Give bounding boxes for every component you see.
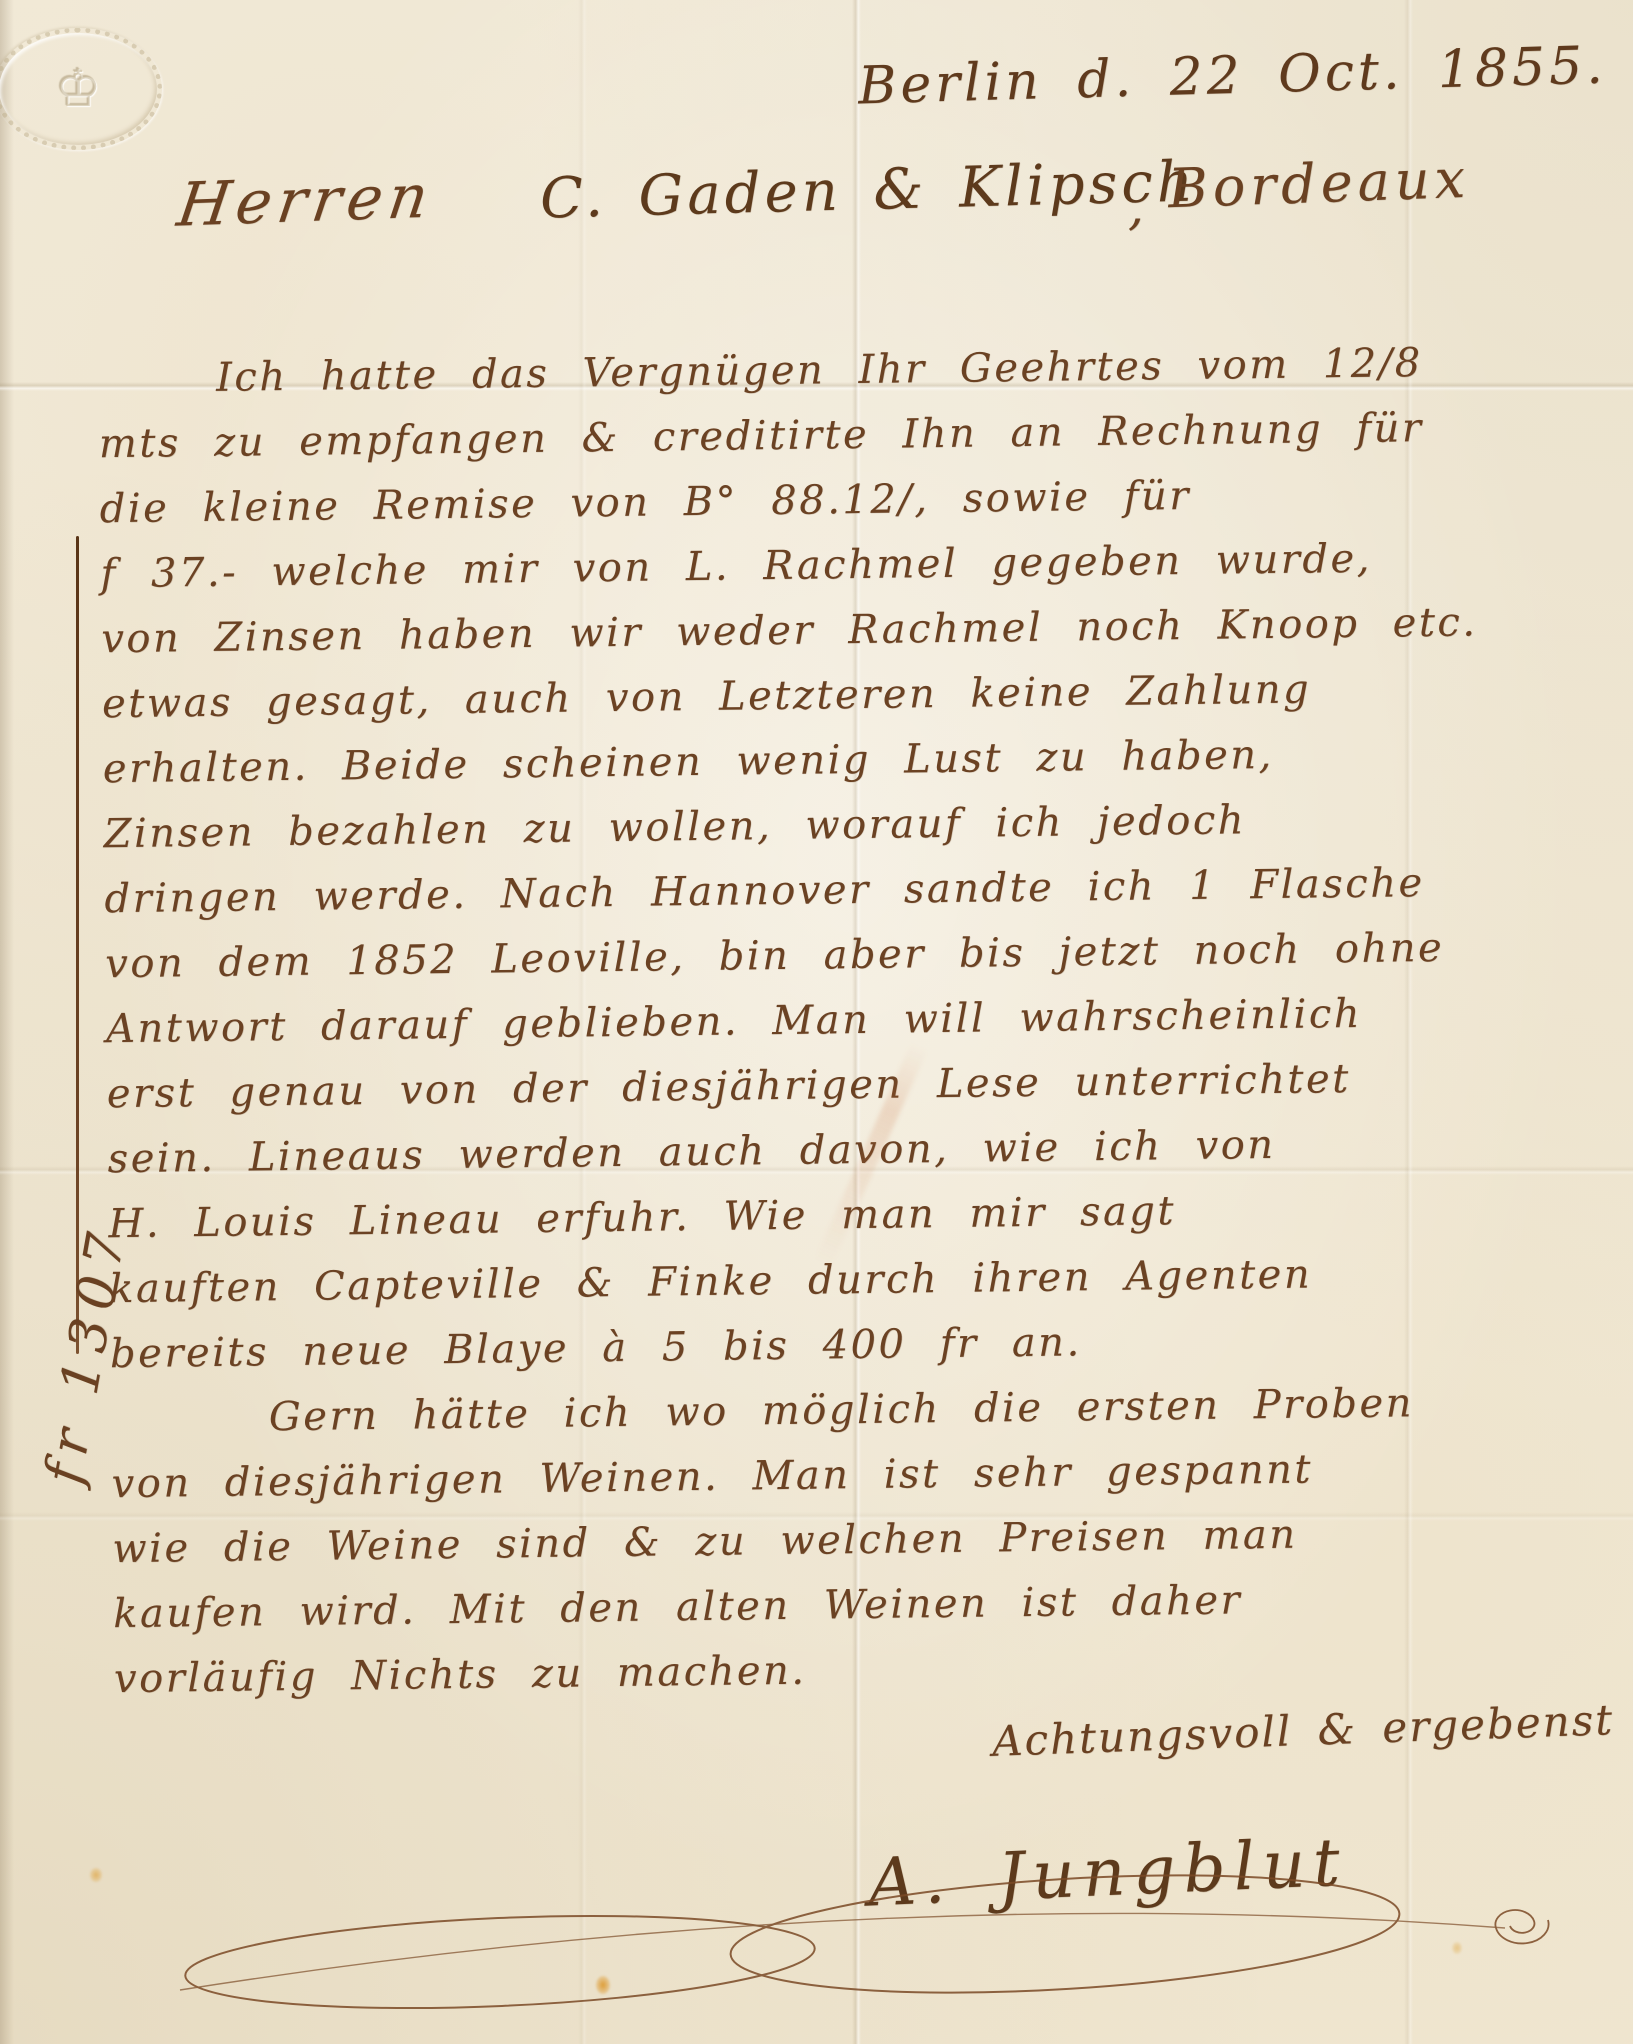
closing-formula: Achtungsvoll & ergebenst [991,1695,1615,1766]
fox-spot [1452,1942,1462,1954]
place-date-line: Berlin d. 22 Oct. 1855. [857,36,1607,117]
letter-page: ♔ Berlin d. 22 Oct. 1855. Herren C. Gade… [0,0,1633,2044]
addressee-city: Bordeaux [1167,147,1471,221]
embossed-crown-seal-icon: ♔ [0,28,162,150]
address-separator: , [1128,178,1144,236]
crown-icon: ♔ [55,63,102,115]
signature-flourish [160,1862,1580,2042]
scan-edge-shadow [0,0,14,2044]
salutation: Herren [173,161,438,240]
fox-spot [90,1868,102,1882]
fox-spot [596,1976,610,1994]
letter-body: Ich hatte das Vergnügen Ihr Geehrtes vom… [98,329,1625,1712]
address-row: Herren C. Gaden & Klipsch , Bordeaux [0,148,1633,258]
addressee-name: C. Gaden & Klipsch [539,149,1197,231]
